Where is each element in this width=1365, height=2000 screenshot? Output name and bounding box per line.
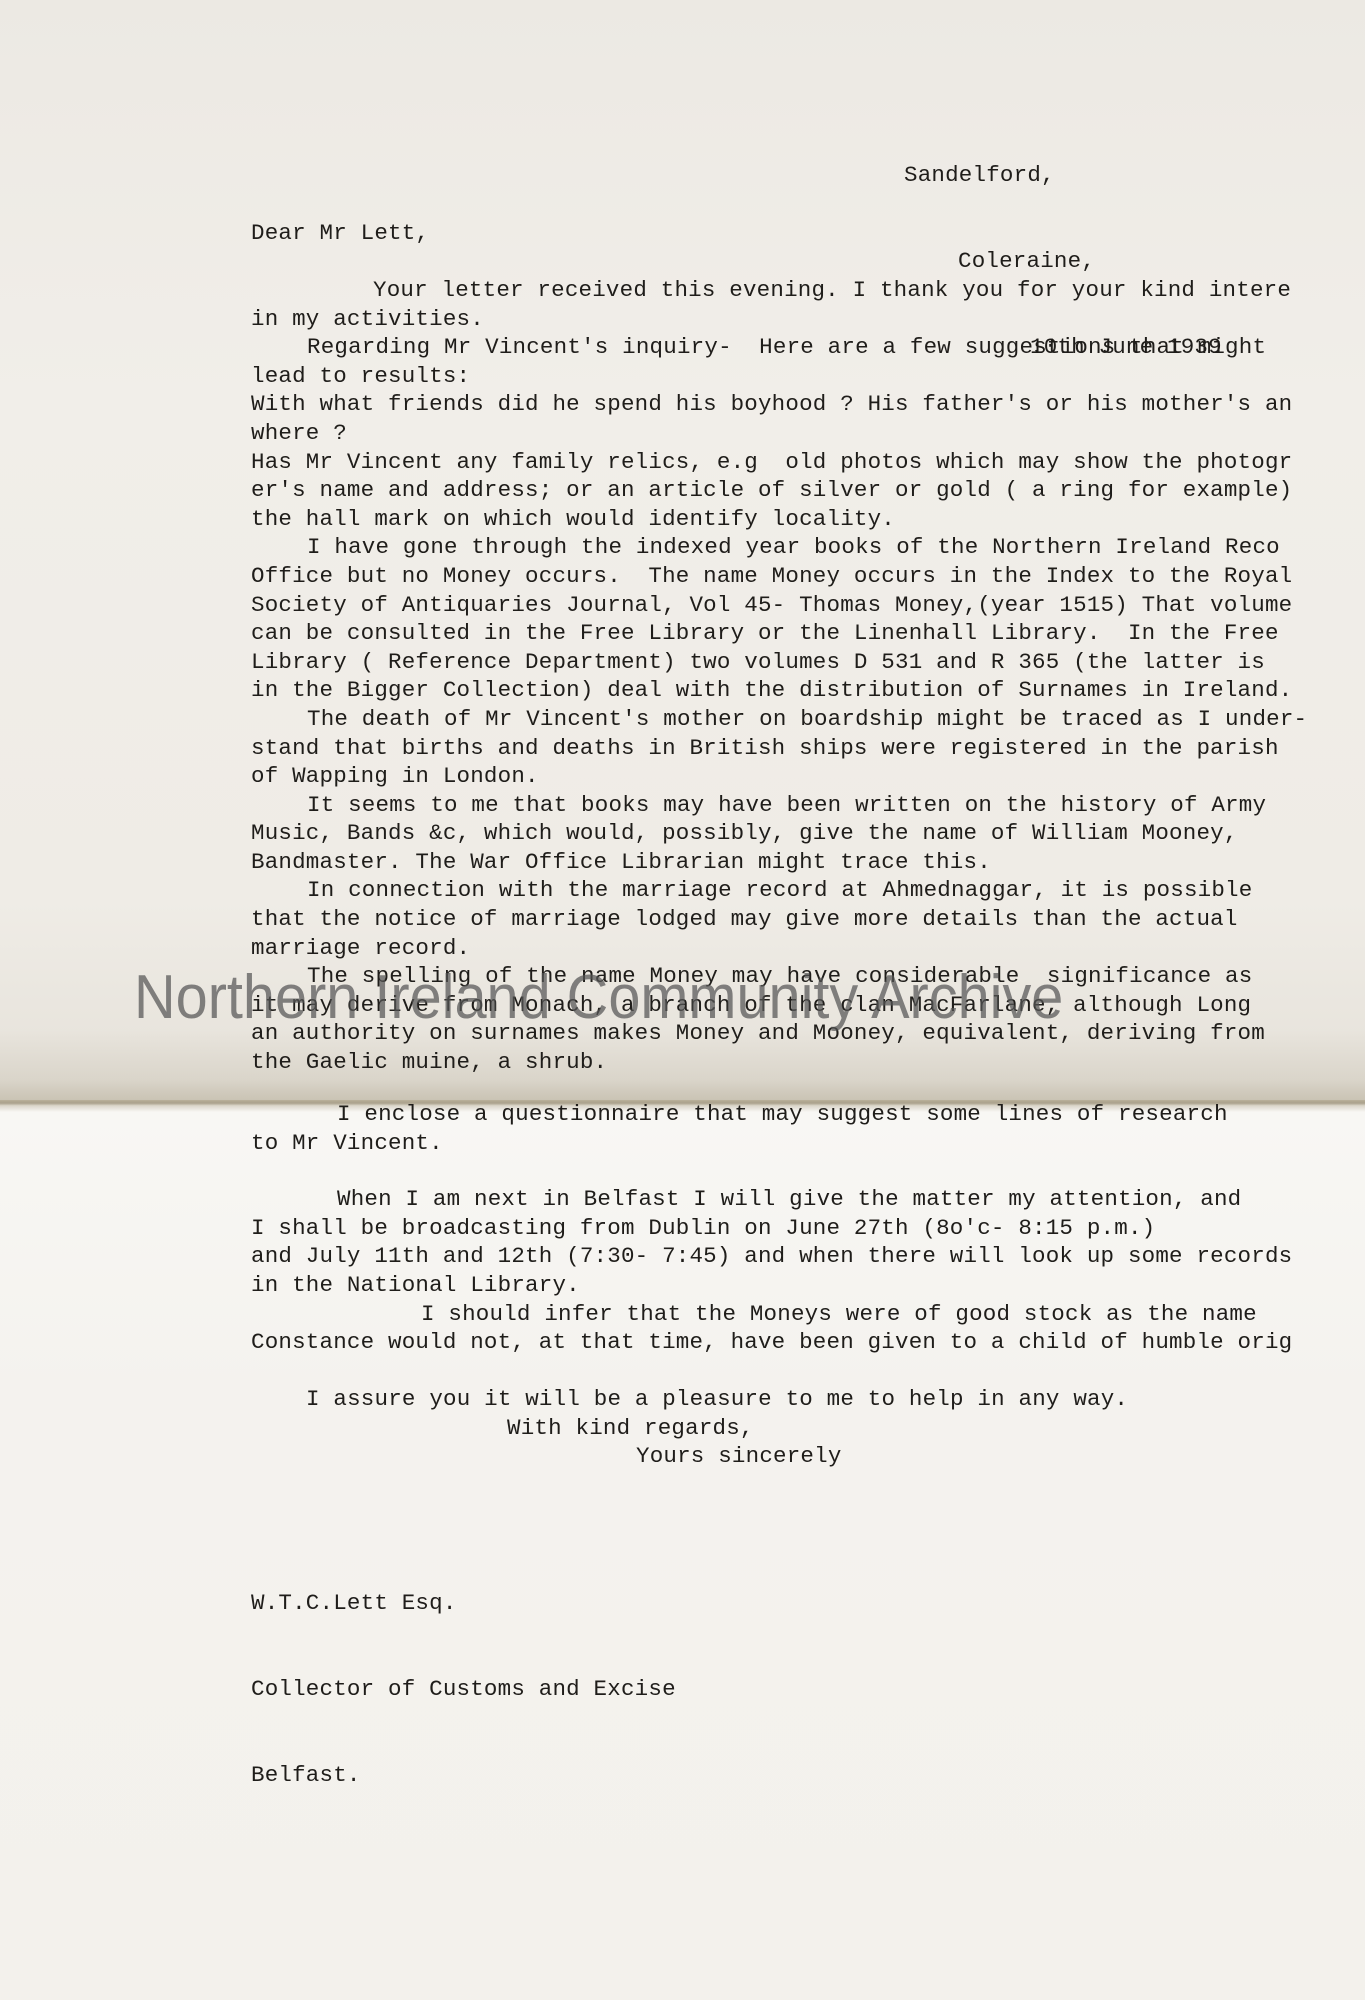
text-line: in the Bigger Collection) deal with the … (251, 676, 1307, 705)
recipient-address: W.T.C.Lett Esq. Collector of Customs and… (251, 1532, 676, 1847)
letter-body-part1: Your letter received this evening. I tha… (251, 276, 1307, 1077)
text-line: I enclose a questionnaire that may sugge… (251, 1100, 1292, 1129)
text-line: stand that births and deaths in British … (251, 734, 1307, 763)
text-line: the hall mark on which would identify lo… (251, 505, 1307, 534)
text-line: marriage record. (251, 934, 1307, 963)
text-line: In connection with the marriage record a… (251, 876, 1307, 905)
letter-body-part2: I enclose a questionnaire that may sugge… (251, 1100, 1292, 1357)
address-line: Sandelford, (904, 161, 1222, 190)
text-line: er's name and address; or an article of … (251, 476, 1307, 505)
text-line: Yours sincerely (251, 1442, 1128, 1471)
text-line: Music, Bands &c, which would, possibly, … (251, 819, 1307, 848)
text-line: With kind regards, (251, 1414, 1128, 1443)
text-line: in my activities. (251, 305, 1307, 334)
text-line: the Gaelic muine, a shrub. (251, 1048, 1307, 1077)
text-line: Constance would not, at that time, have … (251, 1328, 1292, 1357)
text-line: When I am next in Belfast I will give th… (251, 1185, 1292, 1214)
recipient-title: Collector of Customs and Excise (251, 1675, 676, 1704)
text-line: I assure you it will be a pleasure to me… (251, 1385, 1128, 1414)
text-line: to Mr Vincent. (251, 1129, 1292, 1158)
text-line: Bandmaster. The War Office Librarian mig… (251, 848, 1307, 877)
text-line: Society of Antiquaries Journal, Vol 45- … (251, 591, 1307, 620)
text-line: It seems to me that books may have been … (251, 791, 1307, 820)
letter-page: Sandelford, Coleraine, 10th June 1939 De… (0, 0, 1365, 2000)
recipient-name: W.T.C.Lett Esq. (251, 1589, 676, 1618)
salutation: Dear Mr Lett, (251, 219, 429, 248)
recipient-city: Belfast. (251, 1761, 676, 1790)
text-line: lead to results: (251, 362, 1307, 391)
text-line: can be consulted in the Free Library or … (251, 619, 1307, 648)
text-line: where ? (251, 419, 1307, 448)
text-line: Library ( Reference Department) two volu… (251, 648, 1307, 677)
text-line: of Wapping in London. (251, 762, 1307, 791)
text-line: I have gone through the indexed year boo… (251, 533, 1307, 562)
text-line: Office but no Money occurs. The name Mon… (251, 562, 1307, 591)
text-line: I shall be broadcasting from Dublin on J… (251, 1214, 1292, 1243)
text-line: With what friends did he spend his boyho… (251, 390, 1307, 419)
blank-line (251, 1157, 1292, 1185)
archive-watermark: Northern Ireland Community Archive (134, 962, 1063, 1033)
text-line: The death of Mr Vincent's mother on boar… (251, 705, 1307, 734)
text-line: and July 11th and 12th (7:30- 7:45) and … (251, 1242, 1292, 1271)
text-line: Has Mr Vincent any family relics, e.g ol… (251, 448, 1307, 477)
text-line: Your letter received this evening. I tha… (251, 276, 1307, 305)
text-line: in the National Library. (251, 1271, 1292, 1300)
text-line: I should infer that the Moneys were of g… (251, 1300, 1292, 1329)
text-line: that the notice of marriage lodged may g… (251, 905, 1307, 934)
text-line: Regarding Mr Vincent's inquiry- Here are… (251, 333, 1307, 362)
letter-closing: I assure you it will be a pleasure to me… (251, 1385, 1128, 1471)
address-line: Coleraine, (904, 247, 1222, 276)
